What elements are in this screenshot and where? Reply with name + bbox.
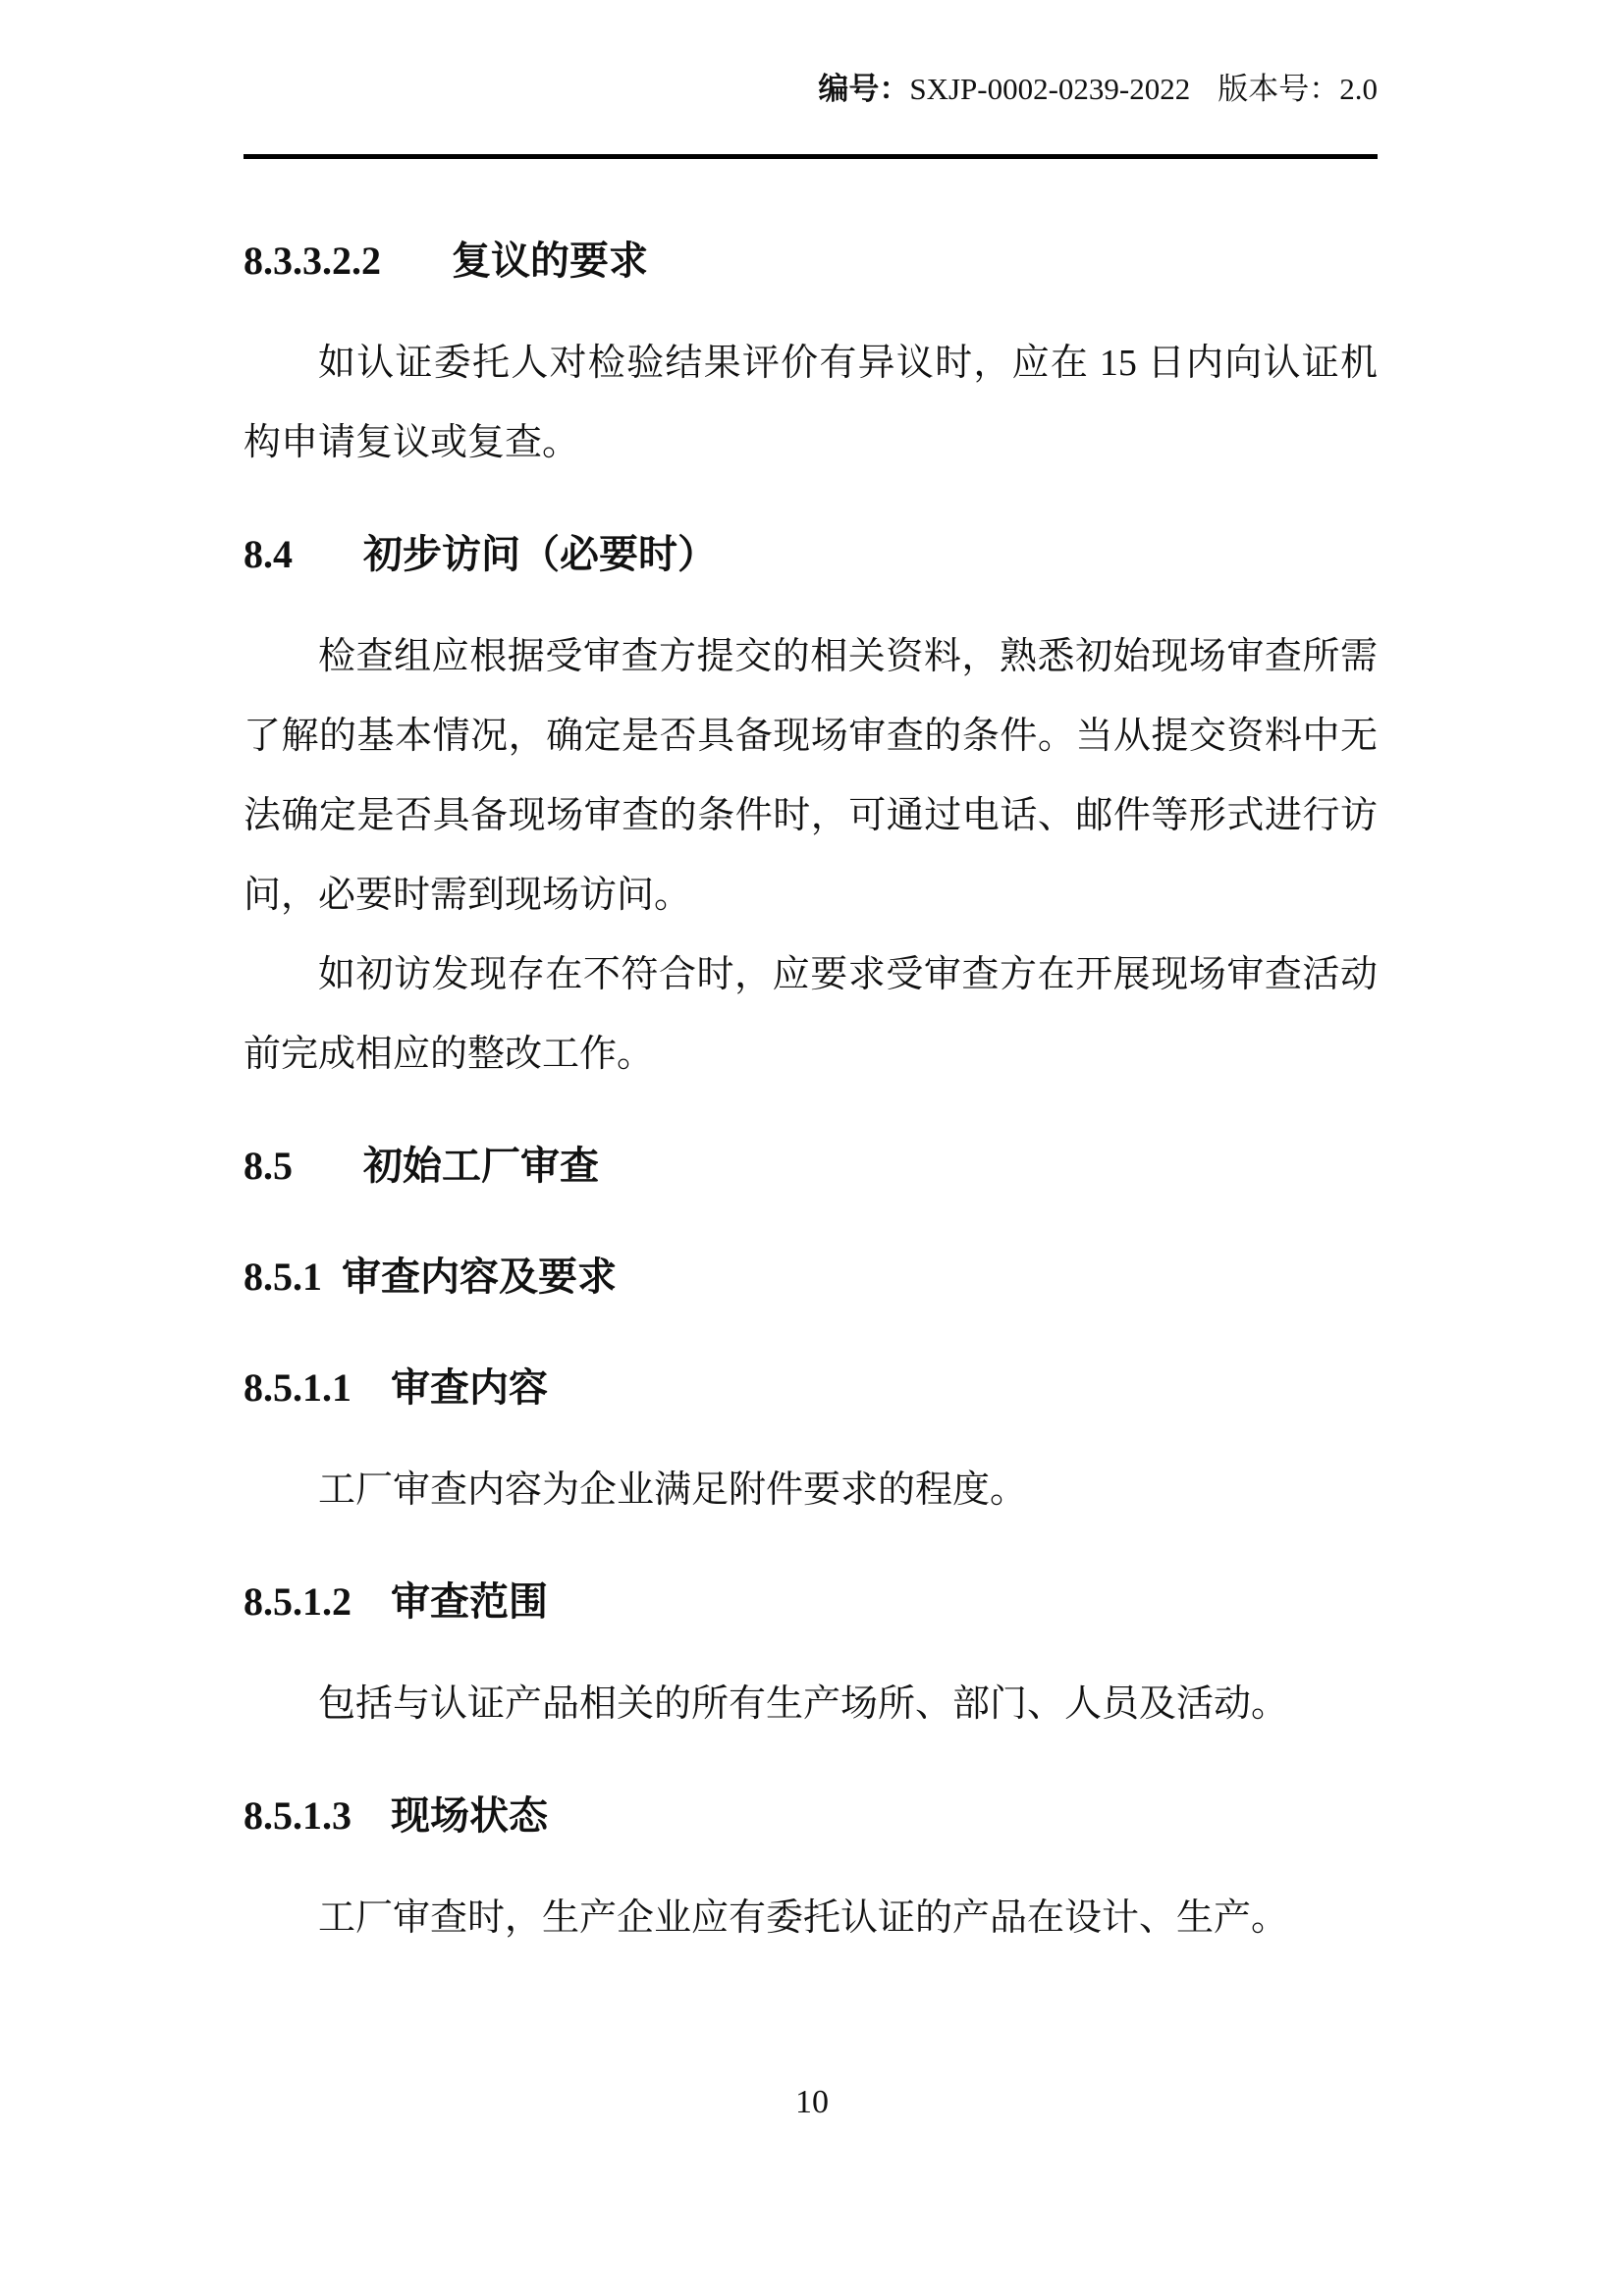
paragraph: 如认证委托人对检验结果评价有异议时，应在 15 日内向认证机构申请复议或复查。: [244, 324, 1378, 483]
document-body: 8.3.3.2.2 复议的要求 如认证委托人对检验结果评价有异议时，应在 15 …: [244, 221, 1378, 1958]
section-number: 8.5.1.3: [244, 1776, 352, 1855]
paragraph: 工厂审查内容为企业满足附件要求的程度。: [244, 1451, 1378, 1530]
doc-number-value: SXJP-0002-0239-2022: [909, 72, 1190, 106]
section-heading-8.5.1.1: 8.5.1.1 审查内容: [244, 1348, 1378, 1427]
section-title: 审查内容: [391, 1348, 548, 1427]
doc-number-label: 编号：: [818, 72, 909, 106]
version-value: 2.0: [1339, 72, 1378, 106]
page-header: 编号：SXJP-0002-0239-2022版本号：2.0: [244, 0, 1378, 110]
section-title: 审查内容及要求: [342, 1237, 617, 1316]
section-title: 初步访问（必要时）: [363, 514, 717, 594]
section-number: 8.3.3.2.2: [244, 221, 381, 300]
section-heading-8.3.3.2.2: 8.3.3.2.2 复议的要求: [244, 221, 1378, 300]
section-number: 8.5: [244, 1126, 293, 1205]
section-title: 现场状态: [391, 1776, 548, 1855]
section-heading-8.5: 8.5 初始工厂审查: [244, 1126, 1378, 1205]
page-number: 10: [0, 2083, 1624, 2122]
paragraph: 如初访发现存在不符合时，应要求受审查方在开展现场审查活动前完成相应的整改工作。: [244, 935, 1378, 1095]
section-number: 8.5.1: [244, 1237, 322, 1316]
section-heading-8.5.1: 8.5.1 审查内容及要求: [244, 1237, 1378, 1316]
section-number: 8.5.1.1: [244, 1348, 352, 1427]
version-label: 版本号：: [1218, 72, 1339, 106]
section-title: 复议的要求: [452, 221, 648, 300]
section-title: 审查范围: [391, 1562, 548, 1641]
section-number: 8.5.1.2: [244, 1562, 352, 1641]
header-rule: [244, 154, 1378, 159]
paragraph: 包括与认证产品相关的所有生产场所、部门、人员及活动。: [244, 1665, 1378, 1744]
document-page: 编号：SXJP-0002-0239-2022版本号：2.0 8.3.3.2.2 …: [0, 0, 1624, 2296]
paragraph: 工厂审查时，生产企业应有委托认证的产品在设计、生产。: [244, 1879, 1378, 1958]
section-heading-8.5.1.2: 8.5.1.2 审查范围: [244, 1562, 1378, 1641]
section-heading-8.5.1.3: 8.5.1.3 现场状态: [244, 1776, 1378, 1855]
section-heading-8.4: 8.4 初步访问（必要时）: [244, 514, 1378, 594]
paragraph: 检查组应根据受审查方提交的相关资料，熟悉初始现场审查所需了解的基本情况，确定是否…: [244, 617, 1378, 935]
section-title: 初始工厂审查: [363, 1126, 599, 1205]
section-number: 8.4: [244, 514, 293, 594]
